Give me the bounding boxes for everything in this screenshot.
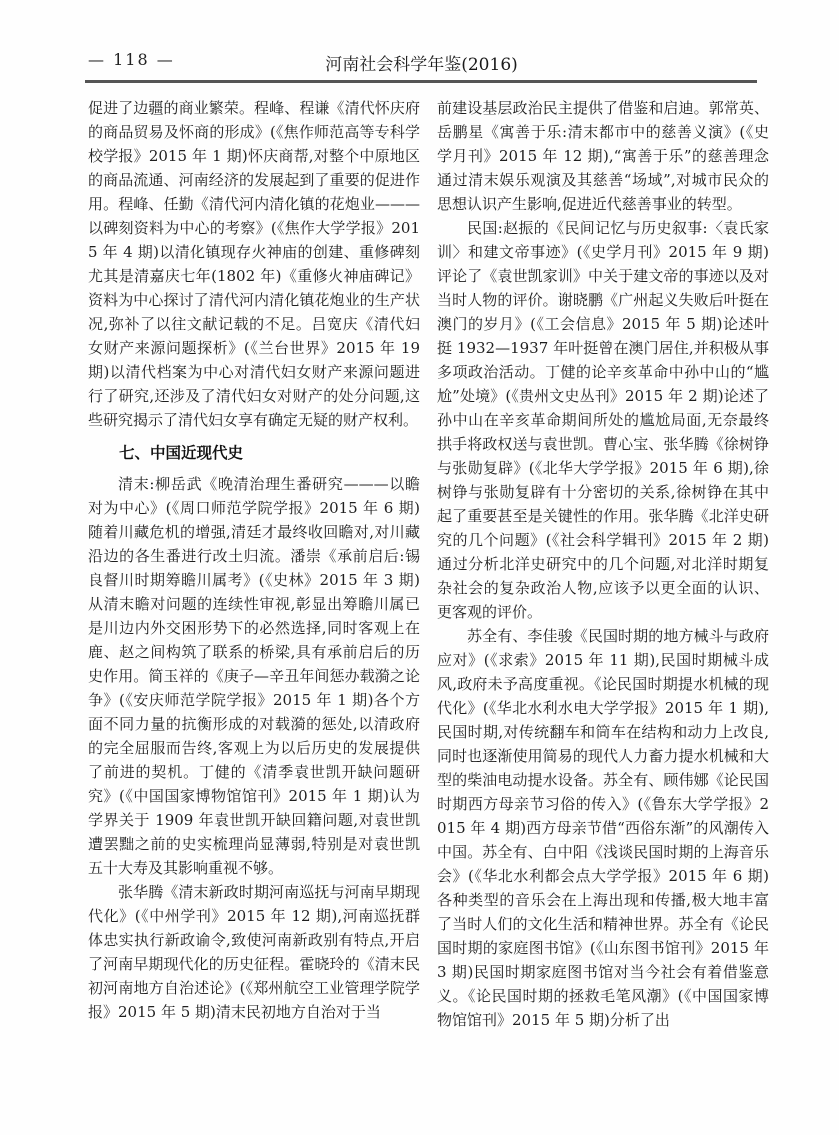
paragraph: 张华腾《清末新政时期河南巡抚与河南早期现代化》(《中州学刊》2015 年 12 …	[88, 880, 420, 1024]
right-column: 前建设基层政治民主提供了借鉴和启迪。郭常英、岳鹏星《寓善于乐:清末都市中的慈善义…	[437, 96, 769, 1032]
header-divider	[85, 80, 757, 83]
running-head: — 118 — 河南社会科学年鉴(2016)	[86, 50, 757, 74]
section-heading: 七、中国近现代史	[119, 441, 420, 465]
paragraph: 民国:赵振的《民间记忆与历史叙事:〈袁氏家训〉和建文帝事迹》(《史学月刊》201…	[437, 216, 769, 624]
text-columns: 促进了边疆的商业繁荣。程峰、程谦《清代怀庆府的商品贸易及怀商的形成》(《焦作师范…	[88, 96, 769, 1032]
journal-title: 河南社会科学年鉴(2016)	[86, 50, 757, 75]
paragraph-continuation: 促进了边疆的商业繁荣。程峰、程谦《清代怀庆府的商品贸易及怀商的形成》(《焦作师范…	[88, 96, 420, 432]
left-column: 促进了边疆的商业繁荣。程峰、程谦《清代怀庆府的商品贸易及怀商的形成》(《焦作师范…	[88, 96, 420, 1032]
paragraph: 苏全有、李佳骏《民国时期的地方械斗与政府应对》(《求索》2015 年 11 期)…	[437, 624, 769, 1032]
paragraph-continuation: 前建设基层政治民主提供了借鉴和启迪。郭常英、岳鹏星《寓善于乐:清末都市中的慈善义…	[437, 96, 769, 216]
paragraph: 清末:柳岳武《晚清治理生番研究———以瞻对为中心》(《周口师范学院学报》2015…	[88, 472, 420, 880]
yearbook-page: — 118 — 河南社会科学年鉴(2016) 促进了边疆的商业繁荣。程峰、程谦《…	[0, 0, 839, 1135]
